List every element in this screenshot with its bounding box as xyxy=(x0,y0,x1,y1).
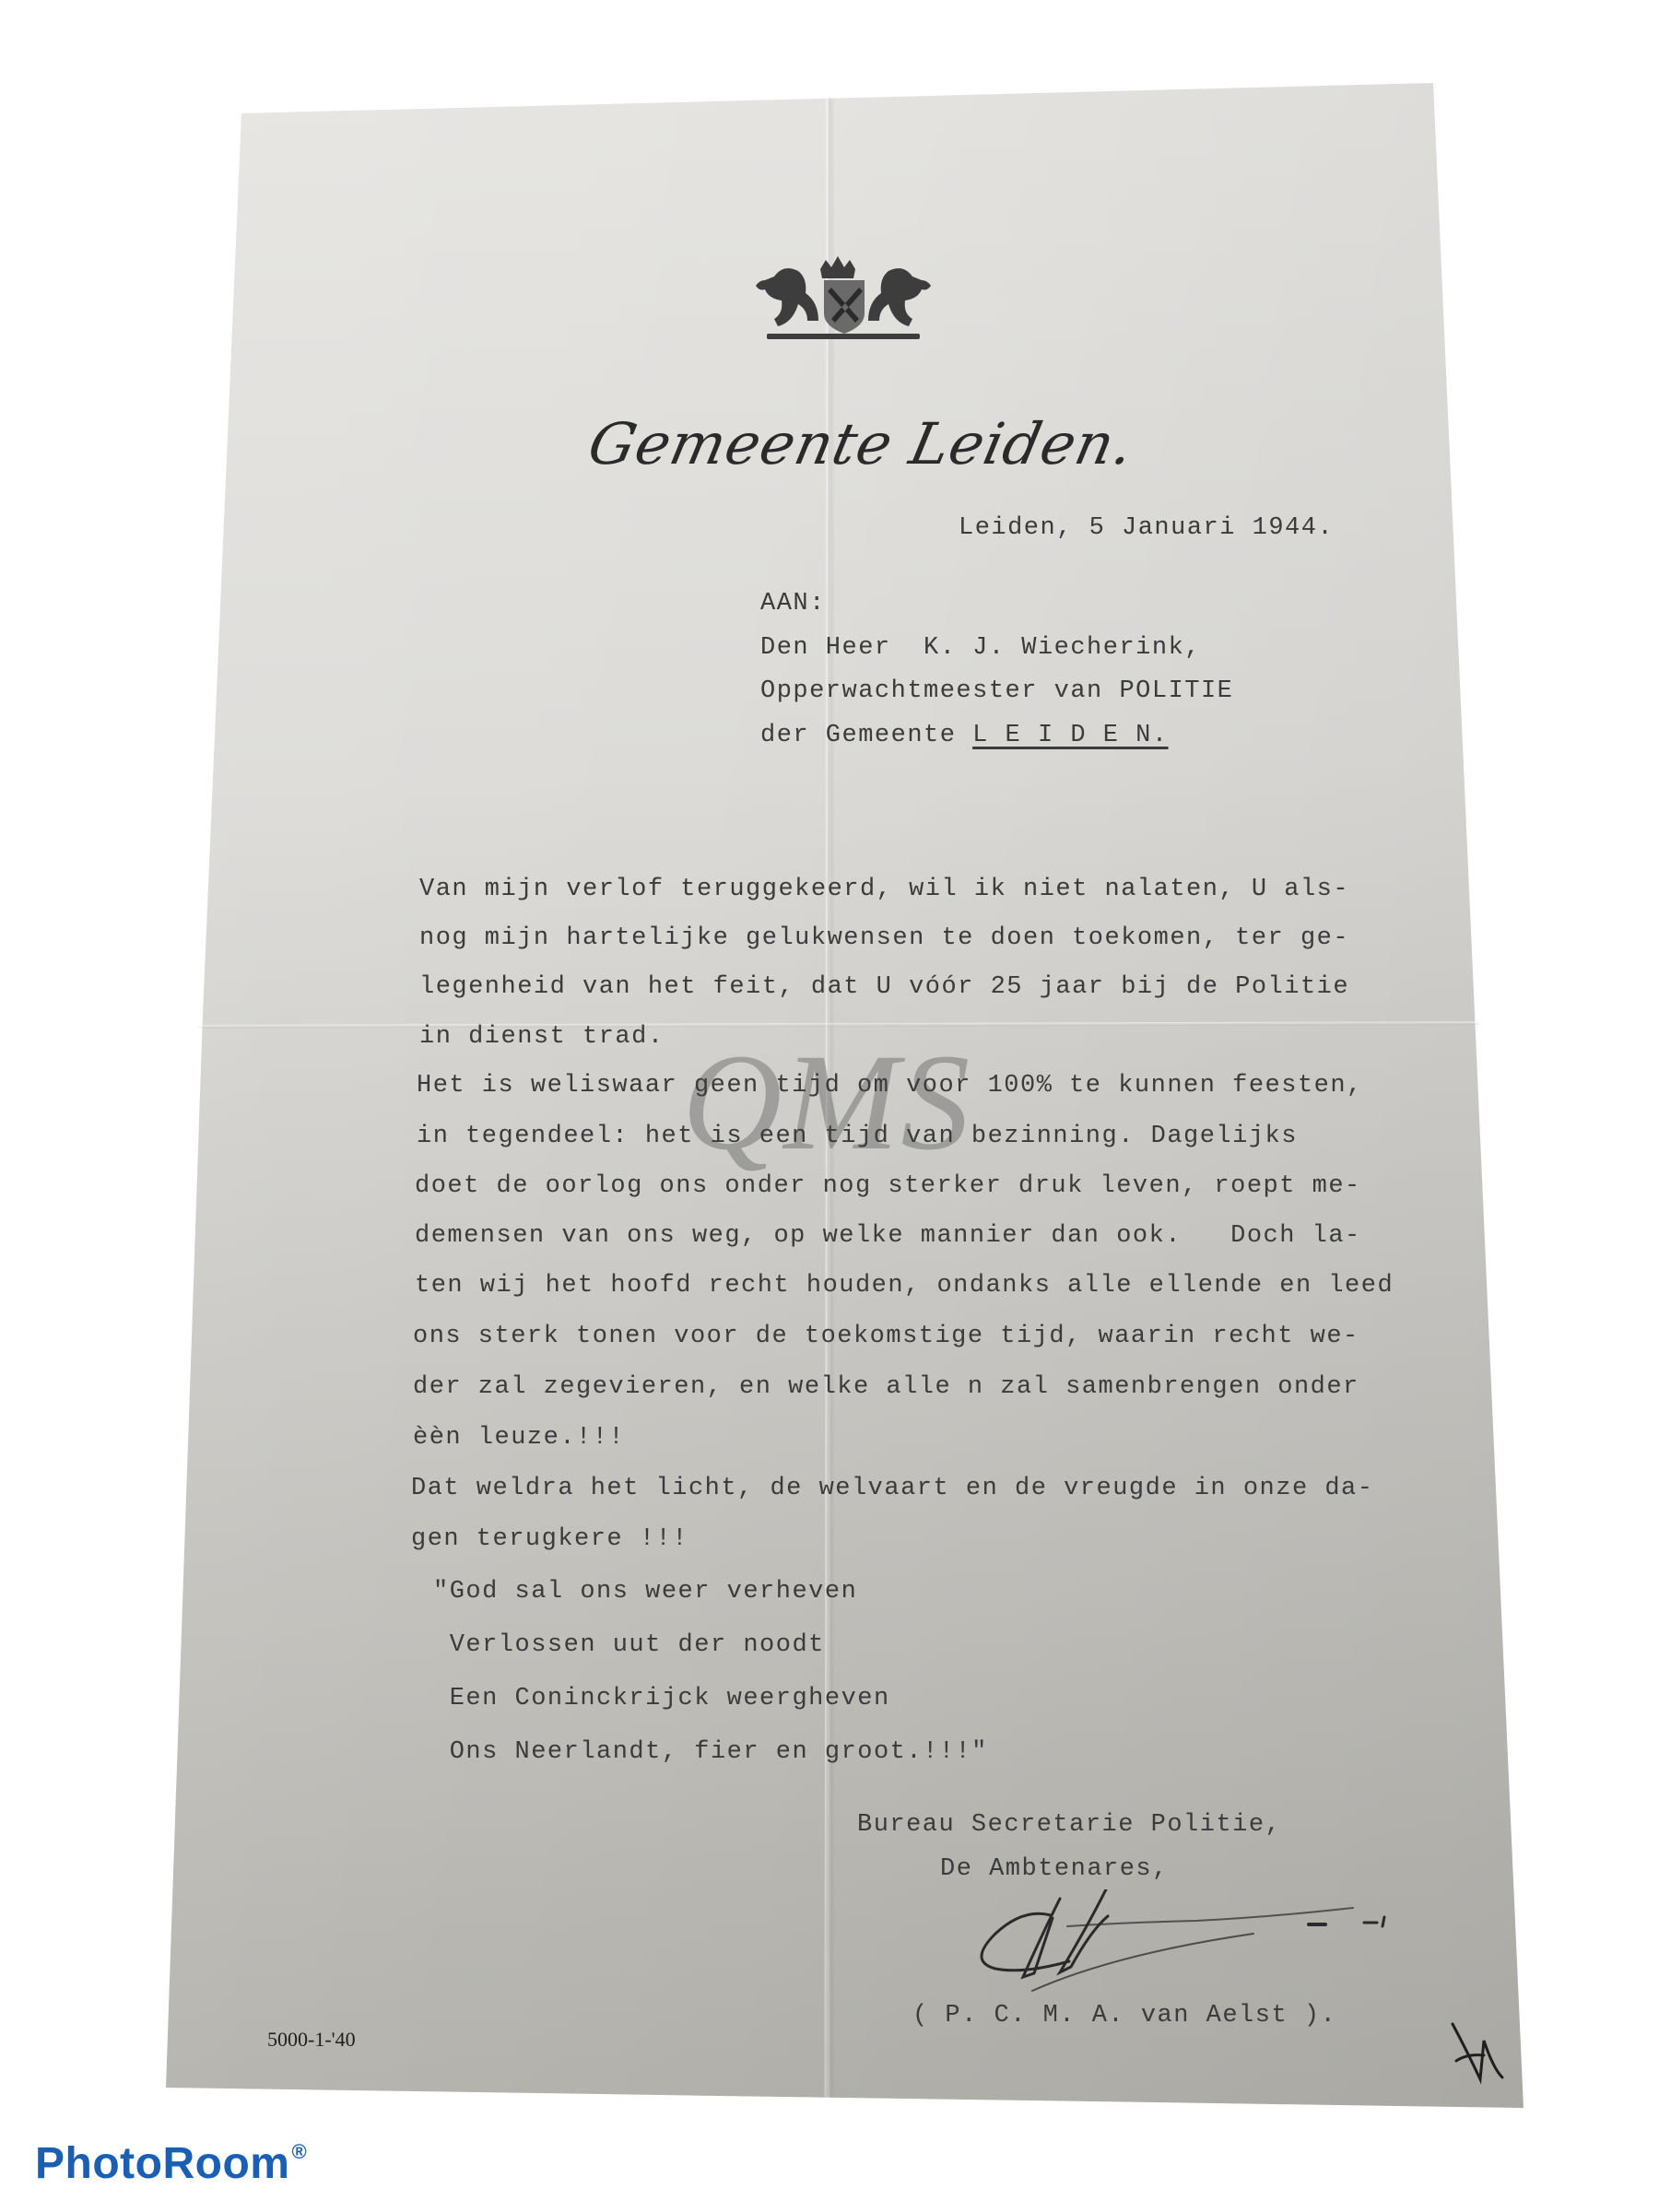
print-code: 5000-1-'40 xyxy=(267,2028,356,2052)
registered-mark: ® xyxy=(291,2140,307,2163)
recipient-title: Opperwachtmeester van POLITIE xyxy=(760,677,1233,705)
verse-line: Een Coninckrijck weergheven xyxy=(433,1685,890,1712)
body-line: demensen van ons weg, op welke mannier d… xyxy=(415,1222,1361,1250)
closing-department: Bureau Secretarie Politie, xyxy=(857,1811,1281,1839)
body-line: der zal zegevieren, en welke alle n zal … xyxy=(413,1373,1359,1401)
photoroom-brand-logo: PhotoRoom® xyxy=(35,2138,307,2189)
initials-icon xyxy=(1447,2018,1512,2092)
signatory-name: ( P. C. M. A. van Aelst ). xyxy=(912,2002,1336,2030)
letterhead-title: Gemeente Leiden. xyxy=(582,410,1140,477)
body-line: in dienst trad. xyxy=(419,1023,665,1051)
body-line: legenheid van het feit, dat U vóór 25 ja… xyxy=(419,973,1349,1001)
body-line: nog mijn hartelijke gelukwensen te doen … xyxy=(419,924,1349,952)
body-line: doet de oorlog ons onder nog sterker dru… xyxy=(415,1172,1361,1200)
closing-role: De Ambtenares, xyxy=(940,1855,1169,1883)
body-line: Van mijn verlof teruggekeerd, wil ik nie… xyxy=(419,876,1349,903)
body-line: ons sterk tonen voor de toekomstige tijd… xyxy=(413,1323,1359,1350)
body-line: èèn leuze.!!! xyxy=(413,1424,625,1452)
date-line: Leiden, 5 Januari 1944. xyxy=(959,514,1334,542)
body-line: ten wij het hoofd recht houden, ondanks … xyxy=(415,1272,1394,1300)
recipient-label: AAN: xyxy=(760,590,826,618)
signature-icon xyxy=(959,1889,1438,2018)
verse-line: "God sal ons weer verheven xyxy=(433,1578,857,1606)
body-line: Dat weldra het licht, de welvaart en de … xyxy=(411,1475,1373,1502)
brand-name: PhotoRoom xyxy=(35,2139,289,2188)
body-line: Het is weliswaar geen tijd om voor 100% … xyxy=(417,1072,1363,1100)
recipient-name: Den Heer K. J. Wiecherink, xyxy=(760,634,1201,662)
recipient-municipality: der Gemeente L E I D E N. xyxy=(760,722,1169,749)
body-line: gen terugkere !!! xyxy=(411,1525,688,1553)
verse-line: Ons Neerlandt, fier en groot.!!!" xyxy=(433,1738,988,1766)
body-line: in tegendeel: het is een tijd van bezinn… xyxy=(417,1123,1298,1150)
coat-of-arms-icon xyxy=(747,249,940,350)
recipient-city-emphasis: L E I D E N. xyxy=(972,722,1168,749)
verse-line: Verlossen uut der noodt xyxy=(433,1631,825,1659)
recipient-municipality-prefix: der Gemeente xyxy=(760,722,972,749)
qms-watermark: QMS xyxy=(682,1023,971,1182)
